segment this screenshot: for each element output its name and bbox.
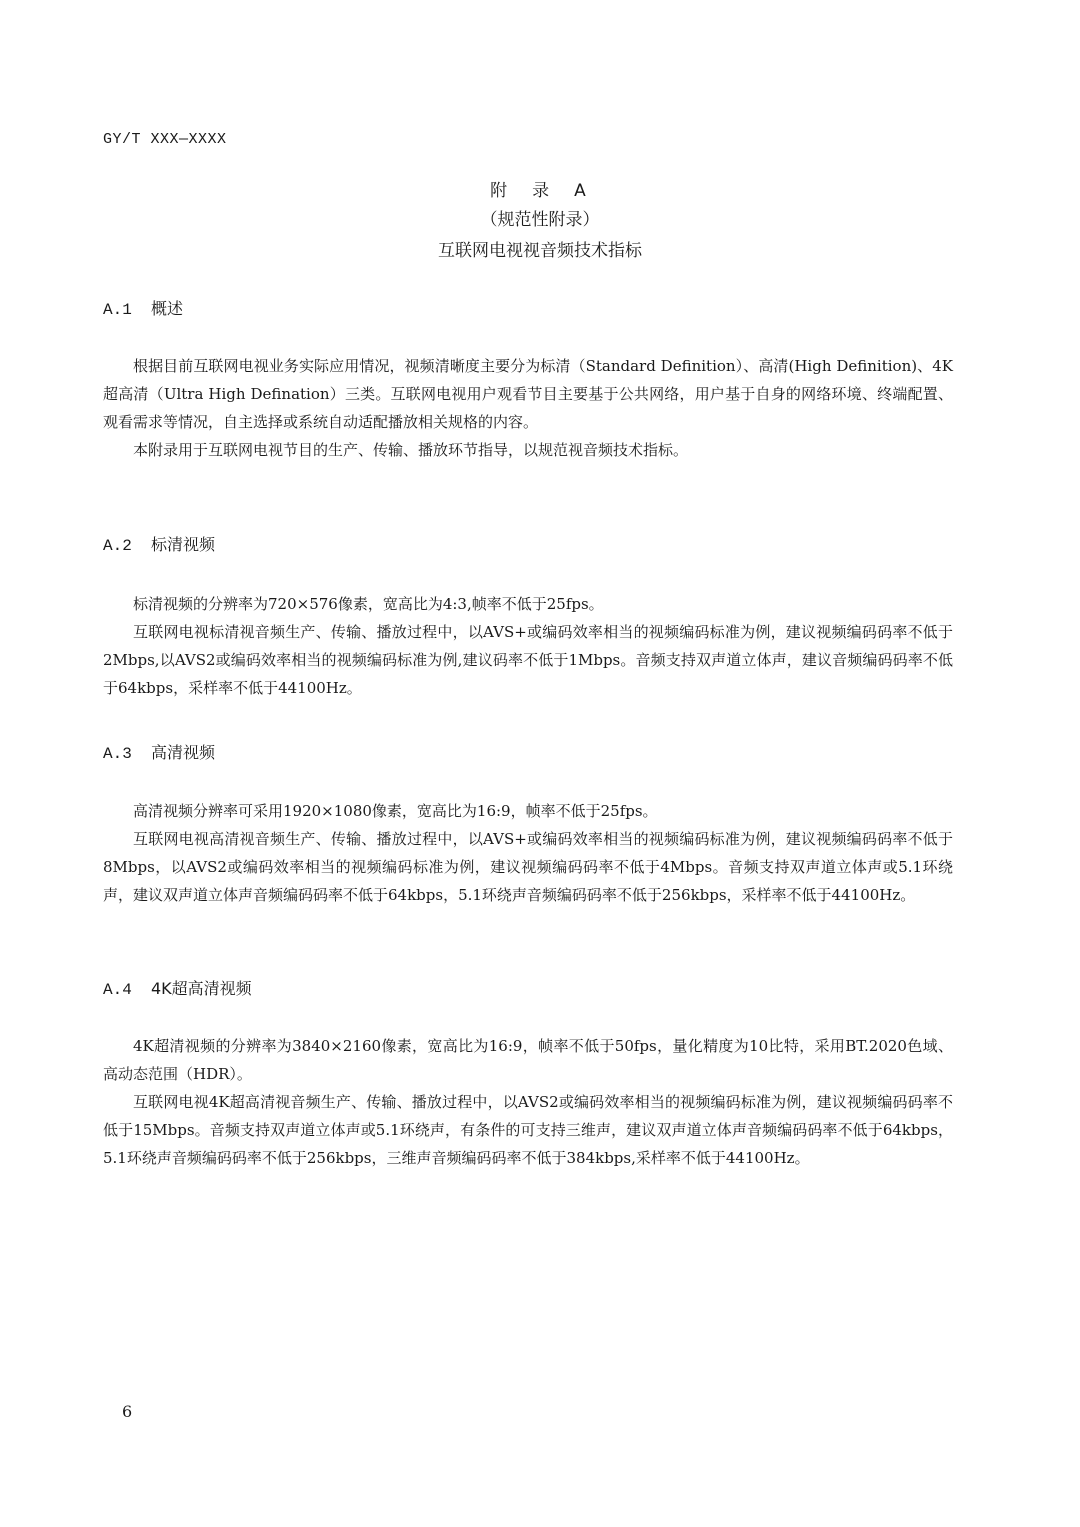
page-number: 6 [122,1402,132,1421]
appendix-label: 附 录 A [0,176,1080,201]
section-body-a2: 标清视频的分辨率为720×576像素，宽高比为4:3,帧率不低于25fps。 互… [103,590,953,702]
section-heading-a1: A.1概述 [103,296,183,319]
section-title: 概述 [151,299,183,318]
paragraph: 互联网电视高清视音频生产、传输、播放过程中，以AVS+或编码效率相当的视频编码标… [103,825,953,909]
section-title: 标清视频 [151,535,215,554]
section-number: A.4 [103,981,151,999]
paragraph: 互联网电视标清视音频生产、传输、播放过程中，以AVS+或编码效率相当的视频编码标… [103,618,953,702]
section-body-a4: 4K超清视频的分辨率为3840×2160像素，宽高比为16:9，帧率不低于50f… [103,1032,953,1172]
section-number: A.3 [103,745,151,763]
paragraph: 根据目前互联网电视业务实际应用情况，视频清晰度主要分为标清（Standard D… [103,352,953,436]
section-number: A.2 [103,537,151,555]
section-number: A.1 [103,301,151,319]
paragraph: 互联网电视4K超高清视音频生产、传输、播放过程中，以AVS2或编码效率相当的视频… [103,1088,953,1172]
section-heading-a2: A.2标清视频 [103,532,215,555]
document-code: GY/T XXX—XXXX [103,131,227,148]
paragraph: 标清视频的分辨率为720×576像素，宽高比为4:3,帧率不低于25fps。 [103,590,953,618]
section-heading-a3: A.3高清视频 [103,740,215,763]
section-body-a1: 根据目前互联网电视业务实际应用情况，视频清晰度主要分为标清（Standard D… [103,352,953,464]
section-title: 4K超高清视频 [151,979,252,998]
paragraph: 高清视频分辨率可采用1920×1080像素，宽高比为16:9，帧率不低于25fp… [103,797,953,825]
paragraph: 本附录用于互联网电视节目的生产、传输、播放环节指导，以规范视音频技术指标。 [103,436,953,464]
paragraph: 4K超清视频的分辨率为3840×2160像素，宽高比为16:9，帧率不低于50f… [103,1032,953,1088]
appendix-title: 互联网电视视音频技术指标 [0,236,1080,261]
section-heading-a4: A.44K超高清视频 [103,976,252,999]
section-body-a3: 高清视频分辨率可采用1920×1080像素，宽高比为16:9，帧率不低于25fp… [103,797,953,909]
appendix-type: （规范性附录） [0,205,1080,230]
section-title: 高清视频 [151,743,215,762]
